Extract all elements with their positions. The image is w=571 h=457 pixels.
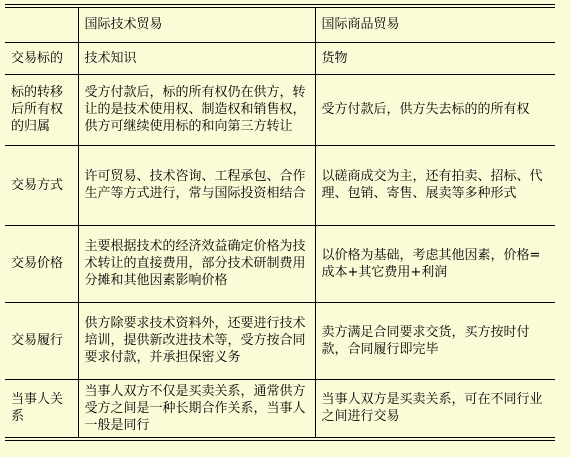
cell-performance-goods: 卖方满足合同要求交货，买方按时付款，合同履行即完毕 [315, 302, 555, 379]
table-row: 标的转移后所有权的归属 受方付款后，标的所有权仍在供方，转让的是技术使用权、制造… [5, 74, 555, 145]
row-label-method: 交易方式 [5, 145, 78, 225]
cell-parties-tech: 当事人双方不仅是买卖关系，通常供方受方之间是一种长期合作关系，当事人一般是同行 [78, 379, 315, 439]
cell-subject-goods: 货物 [315, 42, 555, 74]
table-row: 交易价格 主要根据技术的经济效益确定价格为技术转让的直接费用，部分技术研制费用分… [5, 225, 555, 302]
table-row: 交易履行 供方除要求技术资料外，还要进行技术培训，提供新改进技术等，受方按合同要… [5, 302, 555, 379]
trade-comparison-table: 国际技术贸易 国际商品贸易 交易标的 技术知识 货物 标的转移后所有权的归属 受… [5, 4, 555, 441]
cell-ownership-goods: 受方付款后，供方失去标的的所有权 [315, 74, 555, 145]
cell-parties-goods: 当事人双方是买卖关系，可在不同行业之间进行交易 [315, 379, 555, 439]
cell-price-tech: 主要根据技术的经济效益确定价格为技术转让的直接费用，部分技术研制费用分摊和其他因… [78, 225, 315, 302]
cell-ownership-tech: 受方付款后，标的所有权仍在供方，转让的是技术使用权、制造权和销售权，供方可继续使… [78, 74, 315, 145]
cell-method-goods: 以磋商成交为主，还有拍卖、招标、代理、包销、寄售、展卖等多种形式 [315, 145, 555, 225]
row-label-ownership: 标的转移后所有权的归属 [5, 74, 78, 145]
header-tech-trade: 国际技术贸易 [78, 6, 315, 42]
header-blank-cell [5, 6, 78, 42]
header-goods-trade: 国际商品贸易 [315, 6, 555, 42]
table-header-row: 国际技术贸易 国际商品贸易 [5, 6, 555, 42]
row-label-subject: 交易标的 [5, 42, 78, 74]
cell-subject-tech: 技术知识 [78, 42, 315, 74]
cell-method-tech: 许可贸易、技术咨询、工程承包、合作生产等方式进行，常与国际投资相结合 [78, 145, 315, 225]
row-label-parties: 当事人关系 [5, 379, 78, 439]
table-row: 当事人关系 当事人双方不仅是买卖关系，通常供方受方之间是一种长期合作关系，当事人… [5, 379, 555, 439]
cell-price-goods: 以价格为基础，考虑其他因素，价格=成本+其它费用+利润 [315, 225, 555, 302]
document-page: 国际技术贸易 国际商品贸易 交易标的 技术知识 货物 标的转移后所有权的归属 受… [0, 0, 571, 457]
row-label-price: 交易价格 [5, 225, 78, 302]
row-label-performance: 交易履行 [5, 302, 78, 379]
table-row: 交易方式 许可贸易、技术咨询、工程承包、合作生产等方式进行，常与国际投资相结合 … [5, 145, 555, 225]
table-row: 交易标的 技术知识 货物 [5, 42, 555, 74]
cell-performance-tech: 供方除要求技术资料外，还要进行技术培训，提供新改进技术等，受方按合同要求付款，并… [78, 302, 315, 379]
